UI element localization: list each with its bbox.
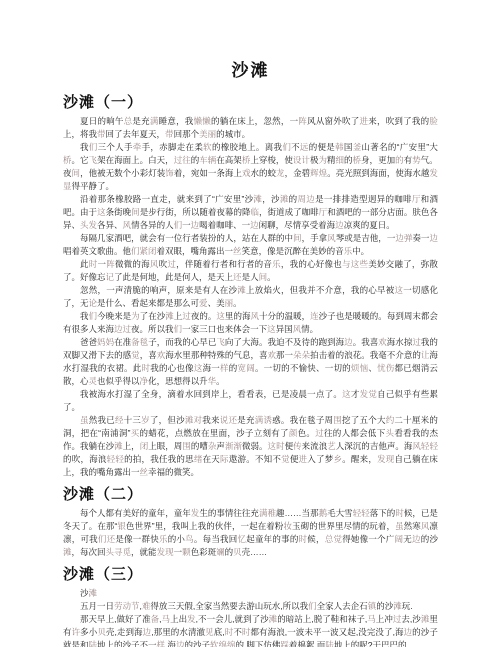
highlighted-chars: 阵 [298,116,307,126]
highlighted-chars: 辉煌 [310,168,327,178]
highlighted-chars: 斓 [216,547,225,557]
highlighted-chars: 边 [143,627,152,637]
highlighted-chars: 滩 [393,601,402,611]
highlighted-chars: 车辆 [199,155,216,165]
highlighted-chars: 渐渐 [225,441,242,451]
highlighted-chars: 滩 [114,441,123,451]
highlighted-chars: 轻轻 [353,508,370,518]
highlighted-chars: 这 [395,285,404,295]
highlighted-chars: 间 [259,272,268,282]
highlighted-chars: 为 [131,311,140,321]
highlighted-chars: 丝 [233,246,242,256]
highlighted-chars: 们 [89,311,98,321]
highlighted-chars: 论 [89,298,98,308]
highlighted-chars: 满稚 [259,508,276,518]
highlighted-chars: 宽阔 [238,363,255,373]
highlighted-chars: 与这些 [342,259,368,269]
highlighted-chars: 备毯 [131,337,148,347]
highlighted-chars: 细 [336,155,345,165]
highlighted-chars: 觉 [281,454,290,464]
highlighted-chars: 忆 [237,534,246,544]
highlighted-chars: 满诱 [255,415,272,425]
highlighted-chars: 欢 [157,350,166,360]
highlighted-chars: 厅 [319,207,328,217]
highlighted-chars: 带 [97,129,106,139]
highlighted-chars: 灵 [89,376,98,386]
highlighted-chars: 间 [293,233,302,243]
highlighted-chars: 釜 [353,142,362,152]
highlighted-chars: 虽 [80,415,89,425]
highlighted-chars: 记 [106,272,115,282]
paragraph: 我们三个人手牵手，赤脚走在柔软的橡胶地上。离我们不远的便是韩国釜山著名的“广安里… [63,141,438,193]
highlighted-chars: 头发 [80,220,97,230]
highlighted-chars: 边弹 [395,233,412,243]
highlighted-chars: 戏 [242,168,251,178]
highlighted-chars: 时 [395,508,404,518]
highlighted-chars: 乡 [333,454,342,464]
highlighted-chars: 岁 [141,415,150,425]
highlighted-chars: 们 [308,601,317,611]
highlighted-chars: 乐 [159,534,168,544]
highlighted-chars: 桥 [63,155,72,165]
highlighted-chars: 发 [187,614,196,624]
highlighted-chars: 觉 [131,350,140,360]
highlighted-chars: 韩 [335,142,344,152]
highlighted-chars: 周边 [297,194,315,204]
highlighted-chars: 过 [393,614,402,624]
highlighted-chars: 难 [142,601,151,611]
section-heading-2: 沙滩（二） [63,483,438,504]
highlighted-chars: 滩 [253,194,262,204]
highlighted-chars: 边 [191,220,200,230]
highlighted-chars: 阵 [106,259,115,269]
highlighted-chars: 滩 [421,614,430,624]
highlighted-chars: 们 [174,220,183,230]
highlighted-chars: 鸟 [185,534,194,544]
highlighted-chars: 们 [174,324,183,334]
highlighted-chars: 为 [318,155,327,165]
highlighted-chars: 连 [310,311,319,321]
highlighted-chars: 头 [386,428,395,438]
highlighted-chars: 带 [165,129,174,139]
highlighted-chars: 丽 [225,298,234,308]
highlighted-chars: 妆 [283,521,292,531]
highlighted-chars: 风 [150,259,159,269]
highlighted-chars: 爱 [199,298,208,308]
highlighted-chars: 贝 [97,627,106,637]
paragraph: 夏日的晌午总是充满睡意，我懒懒的躺在床上，忽然，一阵风从窗外吹了进来，吹到了我的… [63,115,438,141]
highlighted-chars: 阔 [395,534,404,544]
highlighted-chars: 滩 [237,285,246,295]
highlighted-chars: 发现 [157,547,174,557]
highlighted-chars: 样 [220,363,229,373]
section-heading-3: 沙滩（三） [63,563,438,584]
highlighted-chars: 厅 [412,194,421,204]
highlighted-chars: 陆 [89,640,98,647]
highlighted-chars: 妈妈 [97,337,114,347]
highlighted-chars: 见 [205,627,214,637]
highlighted-chars: 这 [216,311,225,321]
highlighted-chars: 过往 [174,155,191,165]
highlighted-chars: 烦恼 [351,363,368,373]
highlighted-chars: 欢 [268,350,277,360]
highlighted-chars: 势 [412,155,421,165]
highlighted-chars: 时 [142,363,151,373]
highlighted-chars: 桥 [353,155,362,165]
highlighted-chars: 桥 [242,155,251,165]
highlighted-chars: 脸 [429,116,438,126]
highlighted-chars: 围 [333,415,342,425]
highlighted-chars: 滩对 [185,415,202,425]
highlighted-chars: 欢 [378,337,387,347]
highlighted-chars: 满 [150,116,159,126]
highlighted-chars: 许 [72,627,81,637]
highlighted-chars: 远 [300,142,309,152]
document-body: 沙滩（一）夏日的晌午总是充满睡意，我懒懒的躺在床上，忽然，一阵风从窗外吹了进来，… [63,91,438,647]
highlighted-chars: 总觉 [325,534,342,544]
highlighted-chars: 过 [412,337,421,347]
document-title: 沙滩 [63,56,438,81]
highlighted-chars: 们还 [98,534,115,544]
section-heading-1: 沙滩（一） [63,91,438,112]
highlighted-chars: 龙 [276,168,285,178]
section-sub-line: 沙滩 [63,587,438,600]
highlighted-chars: 忧伤 [377,363,394,373]
highlighted-chars: 银 [117,521,126,531]
paragraph: 每个人都有美好的童年，童年发生的事情往往充满稚趣……当那鹅毛大雪轻轻落下的时候，… [63,507,438,559]
highlighted-chars: 这 [342,389,351,399]
highlighted-chars: 滩 [269,614,278,624]
highlighted-chars: 备 [151,614,160,624]
paragraph: 沿着那条橡胶路一直走，就来到了“广安里”沙滩，沙滩的周边是一排排造型迥异的咖啡厅… [63,193,438,232]
highlighted-chars: 际 [220,454,229,464]
highlighted-chars: 风轻轻 [412,441,438,451]
highlighted-chars: 过 [182,311,191,321]
highlighted-chars: 鹅 [319,508,328,518]
highlighted-chars: 乐 [344,246,353,256]
highlighted-chars: 牵 [133,142,142,152]
highlighted-chars: 颜 [289,428,298,438]
paragraph: 虽然我已经十三岁了，但沙滩对我来说还是充满诱惑。我在毯子周围挖了五个大约二十厘米… [63,414,438,479]
highlighted-chars: 镇 [368,601,377,611]
highlighted-chars: 风 [293,324,302,334]
highlighted-chars: 约 [386,415,395,425]
paragraph: 每隔几家酒吧，就会有一位行者装扮的人，站在人群的中间，手拿风琴或是吉他，一边弹奏… [63,232,438,258]
paragraph: 此时一阵微微的海风吹过，伴随着行者和行者的音乐，我的心好像也与这些美妙交融了，弥… [63,258,438,284]
highlighted-chars: 丝 [140,467,149,477]
highlighted-chars: 这时 [268,441,285,451]
highlighted-chars: 虽 [395,521,404,531]
paragraph: 我被海水打湿了全身，滴着水回到岸上，看看表，已是凌晨一点了。这才发觉自己似乎有些… [63,388,438,414]
highlighted-chars: 边 [344,337,353,347]
highlighted-chars: 边 [412,534,421,544]
highlighted-chars: 临 [250,207,259,217]
highlighted-chars: 们紧闭 [131,246,157,256]
highlighted-chars: 风 [250,311,259,321]
highlighted-chars: 滩 [89,588,98,598]
highlighted-chars: 时 [225,627,234,637]
paragraph: 那天早上,做好了准备,马上出发,不一会儿,就到了沙滩的暗站上,脱了鞋和袜子,马上… [63,613,438,647]
highlighted-chars: 时 [299,534,308,544]
highlighted-chars: 飞 [89,155,98,165]
highlighted-chars: 这 [97,207,106,217]
highlighted-chars: 设计 [293,155,310,165]
highlighted-chars: 边过 [114,324,131,334]
highlighted-chars: 边 [250,220,259,230]
highlighted-chars: 过 [315,428,324,438]
highlighted-chars: 经 [115,415,124,425]
highlighted-chars: 边 [335,220,344,230]
highlighted-chars: 贝 [233,547,242,557]
highlighted-chars: 发 [191,508,200,518]
highlighted-chars: 时 [242,627,251,637]
highlighted-chars: 总 [124,116,133,126]
highlighted-chars: 朵朵 [293,350,310,360]
highlighted-chars: 饰 [165,168,174,178]
highlighted-chars: 围 [182,441,191,451]
highlighted-chars: 软绵绵 [210,640,236,647]
paragraph: 五月一日劳动节,难得放三天假,全家当然要去游山玩水,所以我们全家人去企石镇的沙滩… [63,600,438,613]
highlighted-chars: 轻轻 [107,454,124,464]
highlighted-chars: 这 [267,324,276,334]
highlighted-chars: 传 [293,441,302,451]
highlighted-chars: 净 [140,376,149,386]
highlighted-chars: 发现 [377,454,394,464]
highlighted-chars: 们 [89,142,98,152]
paragraph: 忽然，一声清脆的响声，原来是有人在沙滩上放焰火，但我并不介意，我的心早被这一切感… [63,284,438,310]
highlighted-chars: 风 [123,220,132,230]
highlighted-chars: 发觉 [360,389,377,399]
highlighted-chars: 软 [203,142,212,152]
highlighted-chars: 飞 [216,337,225,347]
highlighted-chars: 风 [421,521,430,531]
highlighted-chars: 滩 [63,547,72,557]
highlighted-chars: 颗 [182,547,191,557]
highlighted-chars: 头寻觅 [106,547,132,557]
highlighted-chars: 样 [157,640,166,647]
highlighted-chars: 陆 [325,640,334,647]
paragraph: 我们今晚来是为了在沙滩上过夜的。这里的海风十分的温暖，连沙子也是暖暖的。每到周末… [63,310,438,336]
highlighted-chars: 时 [89,259,98,269]
highlighted-chars: 懒懒 [194,116,211,126]
highlighted-chars: 还 [233,272,242,282]
highlighted-chars: 马 [162,614,171,624]
highlighted-chars: 间 [131,207,140,217]
paragraph: 爸爸妈妈在准备毯子，而我的心早已飞向了大海。我迫不及待的跑到海边。我喜欢海水掠过… [63,336,438,388]
highlighted-chars: 过 [167,259,176,269]
highlighted-chars: 滩 [280,194,289,204]
highlighted-chars: 边 [429,233,438,243]
highlighted-chars: 杂 [208,441,217,451]
highlighted-chars: 劳动节 [114,601,140,611]
highlighted-chars: 美丽 [199,129,216,139]
highlighted-chars: 滩 [165,311,174,321]
highlighted-chars: 边 [404,627,413,637]
highlighted-chars: 华 [208,376,217,386]
highlighted-chars: 进 [360,116,369,126]
highlighted-chars: 发显 [63,168,438,191]
highlighted-chars: 的 [395,155,404,165]
highlighted-chars: 说还 [220,415,237,425]
highlighted-chars: 踩 [280,640,289,647]
highlighted-chars: 这 [194,363,203,373]
highlighted-chars: 间 [72,168,81,178]
highlighted-chars: 马 [367,614,376,624]
highlighted-chars: 乐 [272,259,281,269]
highlighted-chars: 让 [421,350,430,360]
highlighted-chars: 边 [176,640,185,647]
highlighted-chars: 进 [299,454,308,464]
highlighted-chars: 闭 [140,441,149,451]
highlighted-chars: 风 [327,233,336,243]
highlighted-chars: 买 [130,428,139,438]
highlighted-chars: 们 [282,142,291,152]
highlighted-chars: 艺 [327,441,336,451]
highlighted-chars: 绪 [194,454,203,464]
document-page: 沙滩 沙滩（一）夏日的晌午总是充满睡意，我懒懒的躺在床上，忽然，一阵风从窗外吹了… [0,0,500,647]
